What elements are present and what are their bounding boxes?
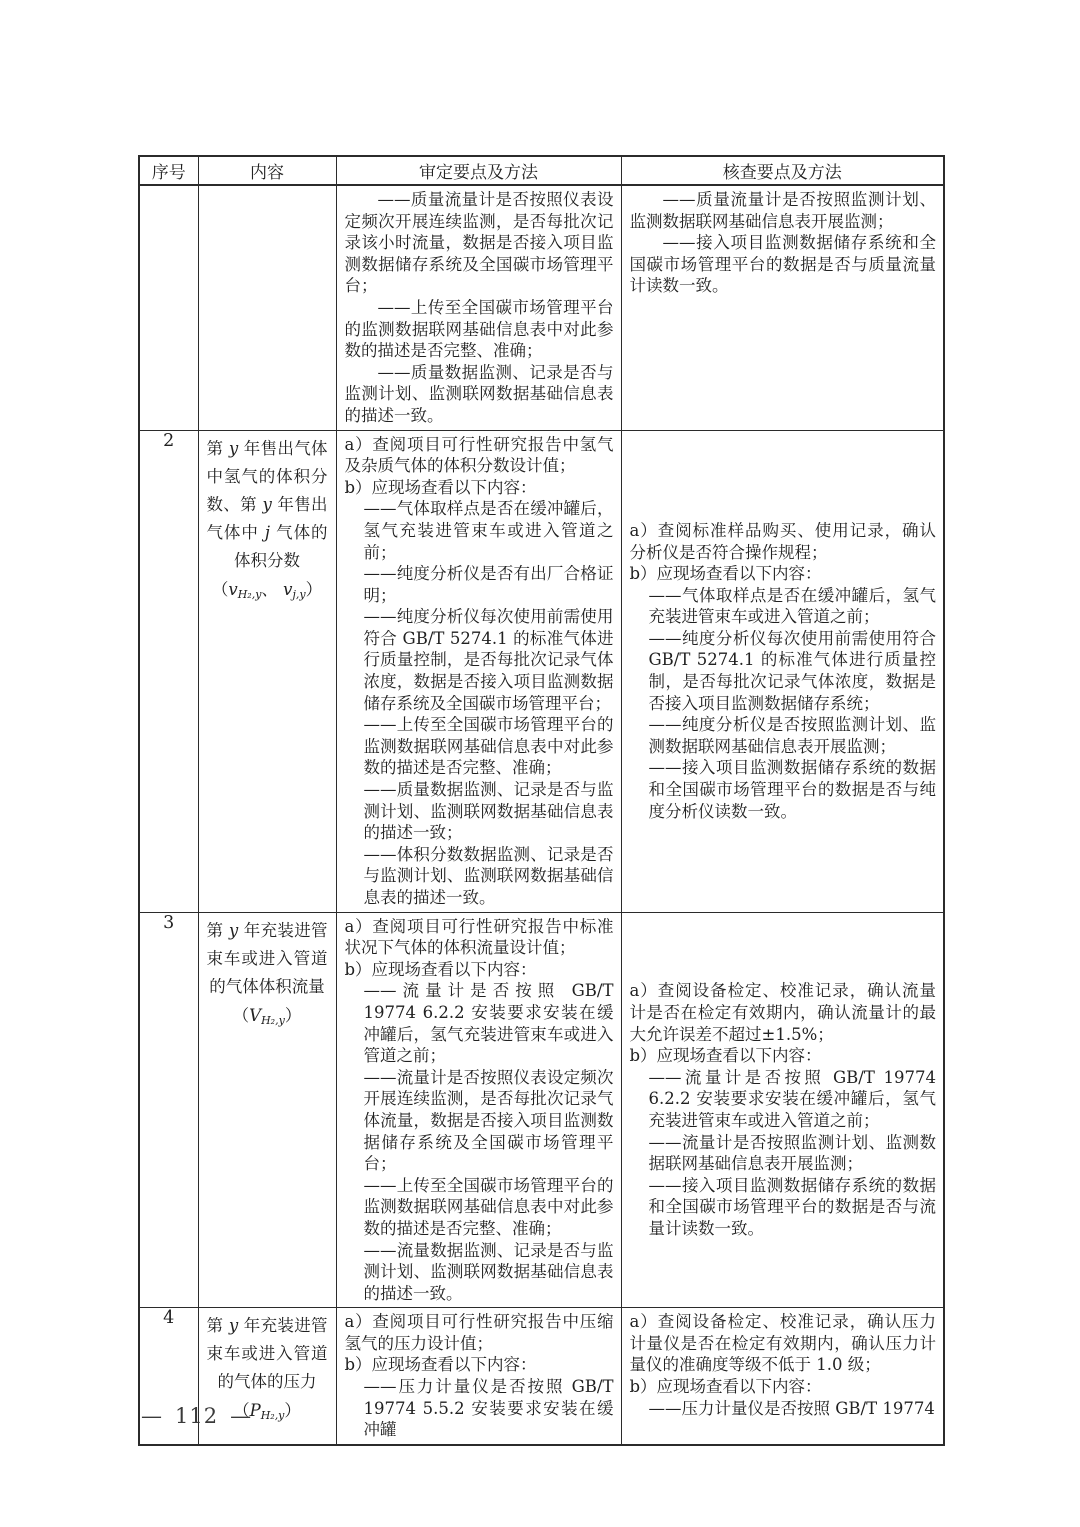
review-table: 序号 内容 审定要点及方法 核查要点及方法 ——质量流量计是否按照仪表设定频次开… <box>138 155 945 1446</box>
paragraph: a）查阅项目可行性研究报告中氢气及杂质气体的体积分数设计值； <box>345 434 614 477</box>
paragraph: ——接入项目监测数据储存系统和全国碳市场管理平台的数据是否与质量流量计读数一致。 <box>630 232 937 297</box>
paragraph: ——纯度分析仪每次使用前需使用符合 GB/T 5274.1 的标准气体进行质量控… <box>649 628 937 714</box>
paragraph: ——纯度分析仪每次使用前需使用符合 GB/T 5274.1 的标准气体进行质量控… <box>364 606 614 714</box>
content-text: 第 y 年售出气体中氢气的体积分数、第 y 年售出气体中 j 气体的体积分数 <box>207 435 328 575</box>
page-number: —112— <box>141 1404 264 1428</box>
parameter-formula: （vH₂,y、 vj,y） <box>207 575 328 610</box>
verify-cell: a）查阅设备检定、校准记录，确认压力计量仪是否在检定有效期内，确认压力计量仪的准… <box>621 1308 944 1445</box>
paragraph: ——压力计量仪是否按照 GB/T 19774 5.5.2 安装要求安装在缓冲罐 <box>364 1376 614 1441</box>
verify-cell: ——质量流量计是否按照监测计划、监测数据联网基础信息表开展监测；——接入项目监测… <box>621 185 944 430</box>
content-text: 第 y 年充装进管束车或进入管道的气体体积流量 <box>207 917 328 1001</box>
paragraph: a）查阅设备检定、校准记录，确认压力计量仪是否在检定有效期内，确认压力计量仪的准… <box>630 1311 937 1376</box>
paragraph: a）查阅设备检定、校准记录，确认流量计是否在检定有效期内，确认流量计的最大允许误… <box>630 980 937 1045</box>
table-row: ——质量流量计是否按照仪表设定频次开展连续监测，是否每批次记录该小时流量，数据是… <box>139 185 944 430</box>
paragraph: a）查阅项目可行性研究报告中标准状况下气体的体积流量设计值； <box>345 916 614 959</box>
paragraph: b）应现场查看以下内容： <box>630 563 937 585</box>
paragraph: b）应现场查看以下内容： <box>630 1376 937 1398</box>
parameter-formula: （VH₂,y） <box>207 1001 328 1036</box>
paragraph: ——气体取样点是否在缓冲罐后，氢气充装进管束车或进入管道之前； <box>649 585 937 628</box>
col-header-audit: 审定要点及方法 <box>336 156 621 185</box>
paragraph: ——上传至全国碳市场管理平台的监测数据联网基础信息表中对此参数的描述是否完整、准… <box>364 714 614 779</box>
paragraph: ——流量计是否按照 GB/T 19774 6.2.2 安装要求安装在缓冲罐后，氢… <box>364 980 614 1066</box>
paragraph: ——压力计量仪是否按照 GB/T 19774 <box>649 1398 937 1420</box>
audit-cell: a）查阅项目可行性研究报告中氢气及杂质气体的体积分数设计值；b）应现场查看以下内… <box>336 430 621 912</box>
paragraph: b）应现场查看以下内容： <box>630 1045 937 1067</box>
paragraph: a）查阅项目可行性研究报告中压缩氢气的压力设计值； <box>345 1311 614 1354</box>
table-header-row: 序号 内容 审定要点及方法 核查要点及方法 <box>139 156 944 185</box>
audit-cell: a）查阅项目可行性研究报告中压缩氢气的压力设计值；b）应现场查看以下内容：——压… <box>336 1308 621 1445</box>
paragraph: ——接入项目监测数据储存系统的数据和全国碳市场管理平台的数据是否与流量计读数一致… <box>649 1175 937 1240</box>
page-number-dash: — <box>230 1404 252 1428</box>
paragraph: b）应现场查看以下内容： <box>345 477 614 499</box>
paragraph: ——流量计是否按照监测计划、监测数据联网基础信息表开展监测； <box>649 1132 937 1175</box>
paragraph: ——气体取样点是否在缓冲罐后，氢气充装进管束车或进入管道之前； <box>364 498 614 563</box>
paragraph: ——纯度分析仪是否按照监测计划、监测数据联网基础信息表开展监测； <box>649 714 937 757</box>
col-header-verify: 核查要点及方法 <box>621 156 944 185</box>
paragraph: ——流量计是否按照 GB/T 19774 6.2.2 安装要求安装在缓冲罐后，氢… <box>649 1067 937 1132</box>
col-header-content: 内容 <box>198 156 336 185</box>
paragraph: ——质量数据监测、记录是否与监测计划、监测联网数据基础信息表的描述一致； <box>364 779 614 844</box>
verify-cell: a）查阅标准样品购买、使用记录，确认分析仪是否符合操作规程；b）应现场查看以下内… <box>621 430 944 912</box>
paragraph: ——流量数据监测、记录是否与监测计划、监测联网数据基础信息表的描述一致。 <box>364 1240 614 1305</box>
content-text: 第 y 年充装进管束车或进入管道的气体的压力 <box>207 1312 328 1396</box>
content-cell <box>198 185 336 430</box>
paragraph: a）查阅标准样品购买、使用记录，确认分析仪是否符合操作规程； <box>630 520 937 563</box>
paragraph: b）应现场查看以下内容： <box>345 959 614 981</box>
paragraph: b）应现场查看以下内容： <box>345 1354 614 1376</box>
content-cell: 第 y 年充装进管束车或进入管道的气体体积流量 （VH₂,y） <box>198 912 336 1308</box>
audit-cell: a）查阅项目可行性研究报告中标准状况下气体的体积流量设计值；b）应现场查看以下内… <box>336 912 621 1308</box>
page-number-dash: — <box>141 1404 163 1428</box>
table-row: 2 第 y 年售出气体中氢气的体积分数、第 y 年售出气体中 j 气体的体积分数… <box>139 430 944 912</box>
paragraph: ——质量流量计是否按照监测计划、监测数据联网基础信息表开展监测； <box>630 189 937 232</box>
paragraph: ——上传至全国碳市场管理平台的监测数据联网基础信息表中对此参数的描述是否完整、准… <box>345 297 614 362</box>
seq-cell: 3 <box>139 912 198 1308</box>
paragraph: ——质量数据监测、记录是否与监测计划、监测联网数据基础信息表的描述一致。 <box>345 362 614 427</box>
page-number-value: 112 <box>175 1404 218 1428</box>
col-header-seq: 序号 <box>139 156 198 185</box>
document-page: 序号 内容 审定要点及方法 核查要点及方法 ——质量流量计是否按照仪表设定频次开… <box>0 0 1080 1527</box>
paragraph: ——接入项目监测数据储存系统的数据和全国碳市场管理平台的数据是否与纯度分析仪读数… <box>649 757 937 822</box>
paragraph: ——质量流量计是否按照仪表设定频次开展连续监测，是否每批次记录该小时流量，数据是… <box>345 189 614 297</box>
content-cell: 第 y 年售出气体中氢气的体积分数、第 y 年售出气体中 j 气体的体积分数 （… <box>198 430 336 912</box>
paragraph: ——纯度分析仪是否有出厂合格证明； <box>364 563 614 606</box>
paragraph: ——体积分数数据监测、记录是否与监测计划、监测联网数据基础信息表的描述一致。 <box>364 844 614 909</box>
seq-cell <box>139 185 198 430</box>
seq-cell: 2 <box>139 430 198 912</box>
paragraph: ——流量计是否按照仪表设定频次开展连续监测，是否每批次记录气体流量，数据是否接入… <box>364 1067 614 1175</box>
paragraph: ——上传至全国碳市场管理平台的监测数据联网基础信息表中对此参数的描述是否完整、准… <box>364 1175 614 1240</box>
audit-cell: ——质量流量计是否按照仪表设定频次开展连续监测，是否每批次记录该小时流量，数据是… <box>336 185 621 430</box>
table-row: 3 第 y 年充装进管束车或进入管道的气体体积流量 （VH₂,y） a）查阅项目… <box>139 912 944 1308</box>
verify-cell: a）查阅设备检定、校准记录，确认流量计是否在检定有效期内，确认流量计的最大允许误… <box>621 912 944 1308</box>
